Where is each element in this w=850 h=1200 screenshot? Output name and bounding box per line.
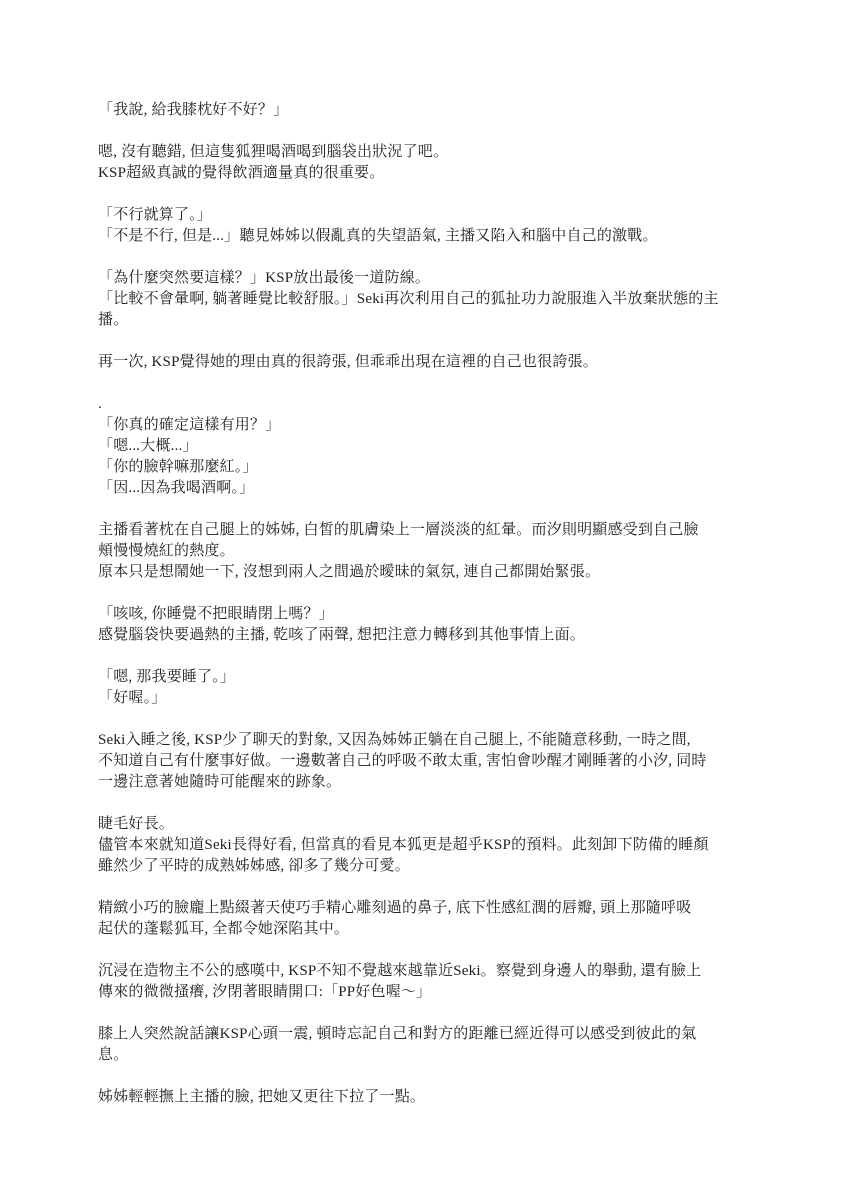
- text-line: 息。: [98, 1045, 762, 1066]
- text-line: 不知道自己有什麼事好做。一邊數著自己的呼吸不敢太重, 害怕會吵醒才剛睡著的小汐,…: [98, 751, 762, 772]
- text-line: 姊姊輕輕撫上主播的臉, 把她又更往下拉了一點。: [98, 1087, 762, 1108]
- text-line: 起伏的蓬鬆狐耳, 全都令她深陷其中。: [98, 919, 762, 940]
- paragraph: 「我說, 給我膝枕好不好？」: [98, 100, 762, 121]
- text-line: 睫毛好長。: [98, 814, 762, 835]
- text-line: 播。: [98, 310, 762, 331]
- text-body: 「我說, 給我膝枕好不好？」嗯, 沒有聽錯, 但這隻狐狸喝酒喝到腦袋出狀況了吧。…: [98, 100, 762, 1108]
- text-line: 「不行就算了。」: [98, 205, 762, 226]
- paragraph: 再一次, KSP覺得她的理由真的很誇張, 但乖乖出現在這裡的自己也很誇張。: [98, 352, 762, 373]
- paragraph: 「不行就算了。」「不是不行, 但是...」聽見姊姊以假亂真的失望語氣, 主播又陷…: [98, 205, 762, 247]
- text-line: 嗯, 沒有聽錯, 但這隻狐狸喝酒喝到腦袋出狀況了吧。: [98, 142, 762, 163]
- text-line: 感覺腦袋快要過熱的主播, 乾咳了兩聲, 想把注意力轉移到其他事情上面。: [98, 625, 762, 646]
- text-line: 「好喔。」: [98, 688, 762, 709]
- text-line: 「比較不會暈啊, 躺著睡覺比較舒服。」Seki再次利用自己的狐扯功力說服進入半放…: [98, 289, 762, 310]
- paragraph: 精緻小巧的臉龐上點綴著天使巧手精心雕刻過的鼻子, 底下性感紅潤的唇瓣, 頭上那隨…: [98, 898, 762, 940]
- text-line: 「不是不行, 但是...」聽見姊姊以假亂真的失望語氣, 主播又陷入和腦中自己的激…: [98, 226, 762, 247]
- text-line: Seki入睡之後, KSP少了聊天的對象, 又因為姊姊正躺在自己腿上, 不能隨意…: [98, 730, 762, 751]
- text-line: 主播看著枕在自己腿上的姊姊, 白皙的肌膚染上一層淡淡的紅暈。而汐則明顯感受到自己…: [98, 520, 762, 541]
- document-page: 「我說, 給我膝枕好不好？」嗯, 沒有聽錯, 但這隻狐狸喝酒喝到腦袋出狀況了吧。…: [0, 0, 850, 1200]
- paragraph: 嗯, 沒有聽錯, 但這隻狐狸喝酒喝到腦袋出狀況了吧。KSP超級真誠的覺得飲酒適量…: [98, 142, 762, 184]
- paragraph: 主播看著枕在自己腿上的姊姊, 白皙的肌膚染上一層淡淡的紅暈。而汐則明顯感受到自己…: [98, 520, 762, 583]
- text-line: 頰慢慢燒紅的熱度。: [98, 541, 762, 562]
- paragraph: 姊姊輕輕撫上主播的臉, 把她又更往下拉了一點。: [98, 1087, 762, 1108]
- text-line: .: [98, 394, 762, 415]
- paragraph: 「為什麼突然要這樣？」KSP放出最後一道防線。「比較不會暈啊, 躺著睡覺比較舒服…: [98, 268, 762, 331]
- text-line: 精緻小巧的臉龐上點綴著天使巧手精心雕刻過的鼻子, 底下性感紅潤的唇瓣, 頭上那隨…: [98, 898, 762, 919]
- paragraph: .「你真的確定這樣有用？」「嗯...大概...」「你的臉幹嘛那麼紅。」「因...…: [98, 394, 762, 499]
- text-line: 「你真的確定這樣有用？」: [98, 415, 762, 436]
- text-line: 「嗯...大概...」: [98, 436, 762, 457]
- paragraph: 睫毛好長。儘管本來就知道Seki長得好看, 但當真的看見本狐更是超乎KSP的預料…: [98, 814, 762, 877]
- text-line: 「為什麼突然要這樣？」KSP放出最後一道防線。: [98, 268, 762, 289]
- paragraph: 膝上人突然說話讓KSP心頭一震, 頓時忘記自己和對方的距離已經近得可以感受到彼此…: [98, 1024, 762, 1066]
- text-line: 「嗯, 那我要睡了。」: [98, 667, 762, 688]
- text-line: 「你的臉幹嘛那麼紅。」: [98, 457, 762, 478]
- text-line: 膝上人突然說話讓KSP心頭一震, 頓時忘記自己和對方的距離已經近得可以感受到彼此…: [98, 1024, 762, 1045]
- text-line: 原本只是想鬧她一下, 沒想到兩人之間過於曖昧的氣氛, 連自己都開始緊張。: [98, 562, 762, 583]
- text-line: 「我說, 給我膝枕好不好？」: [98, 100, 762, 121]
- text-line: 「咳咳, 你睡覺不把眼睛閉上嗎？」: [98, 604, 762, 625]
- text-line: 沉浸在造物主不公的感嘆中, KSP不知不覺越來越靠近Seki。察覺到身邊人的舉動…: [98, 961, 762, 982]
- text-line: 雖然少了平時的成熟姊姊感, 卻多了幾分可愛。: [98, 856, 762, 877]
- text-line: KSP超級真誠的覺得飲酒適量真的很重要。: [98, 163, 762, 184]
- text-line: 「因...因為我喝酒啊。」: [98, 478, 762, 499]
- text-line: 傳來的微微搔癢, 汐閉著眼睛開口:「PP好色喔～」: [98, 982, 762, 1003]
- text-line: 一邊注意著她隨時可能醒來的跡象。: [98, 772, 762, 793]
- paragraph: 「咳咳, 你睡覺不把眼睛閉上嗎？」感覺腦袋快要過熱的主播, 乾咳了兩聲, 想把注…: [98, 604, 762, 646]
- paragraph: 沉浸在造物主不公的感嘆中, KSP不知不覺越來越靠近Seki。察覺到身邊人的舉動…: [98, 961, 762, 1003]
- text-line: 再一次, KSP覺得她的理由真的很誇張, 但乖乖出現在這裡的自己也很誇張。: [98, 352, 762, 373]
- paragraph: Seki入睡之後, KSP少了聊天的對象, 又因為姊姊正躺在自己腿上, 不能隨意…: [98, 730, 762, 793]
- paragraph: 「嗯, 那我要睡了。」「好喔。」: [98, 667, 762, 709]
- text-line: 儘管本來就知道Seki長得好看, 但當真的看見本狐更是超乎KSP的預料。此刻卸下…: [98, 835, 762, 856]
